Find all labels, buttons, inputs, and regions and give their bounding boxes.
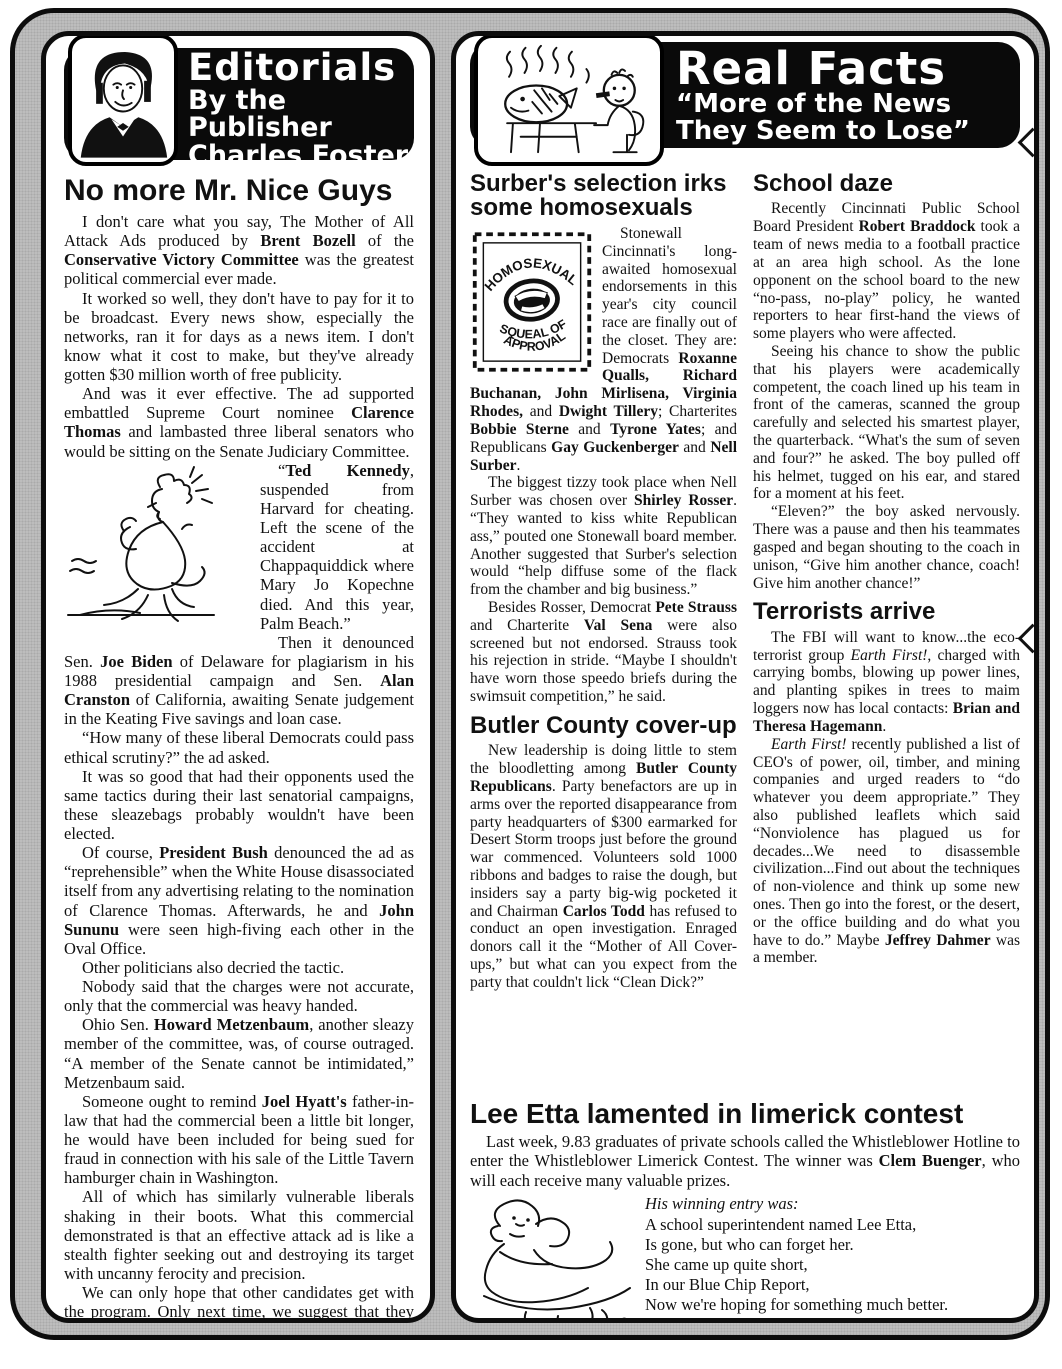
school-daze-headline: School daze (753, 172, 1020, 196)
editorial-paragraph: And was it ever effective. The ad suppor… (64, 384, 414, 461)
editorial-paragraph: “How many of these liberal Democrats cou… (64, 728, 414, 766)
editorial-paragraph: Nobody said that the charges were not ac… (64, 977, 414, 1015)
editorial-paragraph: All of which has similarly vulnerable li… (64, 1187, 414, 1283)
stamp-block: HOMOSEXUAL SQUEAL OF (470, 225, 737, 474)
surber-headline: Surber's selection irks some homosexuals (470, 172, 737, 221)
squeal-of-approval-stamp-image: HOMOSEXUAL SQUEAL OF (470, 229, 594, 375)
editorial-article: No more Mr. Nice Guys I don't care what … (64, 174, 414, 1323)
verse-line: Now we're hoping for something much bett… (645, 1295, 971, 1315)
terrorists-headline: Terrorists arrive (753, 600, 1020, 624)
portrait-drawing (75, 41, 171, 159)
limerick-body: His winning entry was: A school superint… (470, 1192, 1020, 1323)
terrorists-paragraph: The FBI will want to know...the eco-terr… (753, 629, 1020, 736)
verse-line: Is gone, but who can forget her. (645, 1235, 971, 1255)
verse-line: In our Blue Chip Report, (645, 1275, 971, 1295)
editorials-title-block: Real Editorials By the Publisher Charles… (188, 31, 414, 197)
kennedy-running-cartoon-image (64, 465, 252, 643)
surber-paragraph: The biggest tizzy took place when Nell S… (470, 474, 737, 599)
real-facts-subtitle-1: “More of the News (676, 91, 970, 118)
verse-line: She came up quite short, (645, 1255, 971, 1275)
facts-columns: Surber's selection irks some homosexuals (470, 164, 1020, 1092)
winning-entry-label: His winning entry was: (645, 1194, 971, 1214)
limerick-verse-block: His winning entry was: A school superint… (645, 1192, 971, 1323)
school-paragraph: “Eleven?” the boy asked nervously. There… (753, 503, 1020, 592)
publisher-portrait-image (68, 34, 178, 166)
editorials-title: Real Editorials (188, 31, 414, 87)
editorial-paragraph: I don't care what you say, The Mother of… (64, 212, 414, 289)
surber-paragraph: Besides Rosser, Democrat Pete Strauss an… (470, 599, 737, 706)
editorial-paragraph: We can only hope that other candidates g… (64, 1283, 414, 1323)
editorial-paragraph: Then it denounced Sen. Joe Biden of Dela… (64, 633, 414, 729)
terrorists-paragraph: Earth First! recently published a list o… (753, 736, 1020, 968)
real-facts-subtitle-2: They Seem to Lose” (676, 118, 970, 145)
verse-line: A school superintendent named Lee Etta, (645, 1215, 971, 1235)
editorials-panel: Real Editorials By the Publisher Charles… (41, 31, 435, 1323)
terrorists-article: Terrorists arrive The FBI will want to k… (753, 600, 1020, 967)
editorial-paragraph: Other politicians also decried the tacti… (64, 958, 414, 977)
contest-announcement: The first line of this week's limerick c… (645, 1319, 971, 1323)
school-paragraph: Seeing his chance to show the public tha… (753, 343, 1020, 503)
torn-edge-decoration (1018, 128, 1039, 158)
torn-edge-decoration (1018, 624, 1039, 654)
butler-headline: Butler County cover-up (470, 714, 737, 738)
reclining-figure-cartoon-image (470, 1192, 645, 1323)
page-frame: Real Editorials By the Publisher Charles… (10, 8, 1050, 1340)
limerick-intro: Last week, 9.83 graduates of private sch… (470, 1132, 1020, 1190)
school-paragraph: Recently Cincinnati Public School Board … (753, 200, 1020, 343)
surber-article: Surber's selection irks some homosexuals (470, 172, 737, 706)
real-facts-panel: Real Facts “More of the News They Seem t… (451, 31, 1039, 1323)
butler-paragraph: New leadership is doing little to stem t… (470, 742, 737, 991)
editorial-paragraph: Someone ought to remind Joel Hyatt's fat… (64, 1092, 414, 1188)
stinky-fish-cartoon-image (474, 34, 664, 166)
limerick-section: Lee Etta lamented in limerick contest La… (470, 1098, 1020, 1323)
real-facts-header-banner: Real Facts “More of the News They Seem t… (470, 42, 1020, 148)
editorial-paragraph: It was so good that had their opponents … (64, 767, 414, 844)
limerick-headline: Lee Etta lamented in limerick contest (470, 1098, 1020, 1130)
scanned-newsletter-page: { "left_panel": { "header": { "title": "… (0, 0, 1062, 1369)
facts-column-2: School daze Recently Cincinnati Public S… (753, 164, 1020, 1092)
editorials-subtitle-1: By the Publisher (188, 87, 414, 142)
editorial-paragraph: It worked so well, they don't have to pa… (64, 289, 414, 385)
editorial-headline: No more Mr. Nice Guys (64, 174, 414, 208)
kennedy-cartoon-block: “Ted Kennedy, suspended from Harvard for… (64, 461, 414, 729)
editorials-header-banner: Real Editorials By the Publisher Charles… (64, 48, 414, 160)
butler-article: Butler County cover-up New leadership is… (470, 714, 737, 992)
real-facts-title-block: Real Facts “More of the News They Seem t… (676, 46, 970, 145)
real-facts-title: Real Facts (676, 46, 970, 92)
contest-line-1: The first line of this week's limerick c… (645, 1319, 971, 1323)
facts-column-1: Surber's selection irks some homosexuals (470, 164, 737, 1092)
editorial-paragraph: Ohio Sen. Howard Metzenbaum, another sle… (64, 1015, 414, 1092)
editorial-paragraph: Of course, President Bush denounced the … (64, 843, 414, 958)
school-daze-article: School daze Recently Cincinnati Public S… (753, 172, 1020, 592)
